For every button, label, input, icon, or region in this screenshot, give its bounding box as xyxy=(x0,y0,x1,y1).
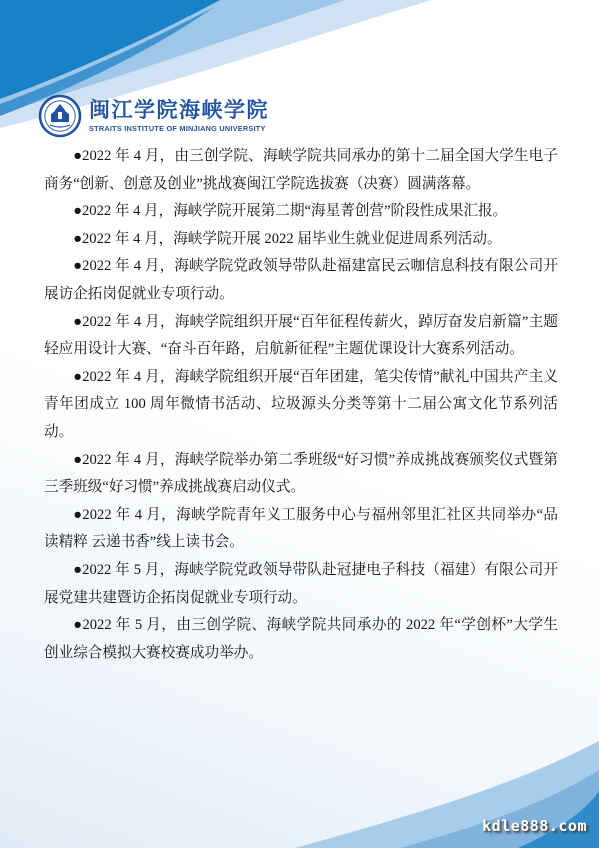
news-item: ●2022 年 4 月，海峡学院开展第二期“海星菁创营”阶段性成果汇报。 xyxy=(44,198,558,226)
news-item: ●2022 年 4 月，海峡学院青年义工服务中心与福州邻里汇社区共同举办“品读精… xyxy=(44,502,558,557)
news-item: ●2022 年 4 月，海峡学院举办第二季班级“好习惯”养成挑战赛颁奖仪式暨第三… xyxy=(44,447,558,502)
news-item: ●2022 年 4 月，海峡学院党政领导带队赴福建富民云咖信息科技有限公司开展访… xyxy=(44,253,558,308)
news-item: ●2022 年 4 月，海峡学院组织开展“百年征程传薪火，踔厉奋发启新篇”主题轻… xyxy=(44,309,558,364)
university-logo: 闽江学院海峡学院 STRAITS INSTITUTE OF MINJIANG U… xyxy=(38,94,269,138)
news-item: ●2022 年 4 月，海峡学院组织开展“百年团建，笔尖传情”献礼中国共产主义青… xyxy=(44,364,558,447)
document-page: 闽江学院海峡学院 STRAITS INSTITUTE OF MINJIANG U… xyxy=(0,0,599,848)
university-name-en: STRAITS INSTITUTE OF MINJIANG UNIVERSITY xyxy=(89,124,269,133)
university-name-cn: 闽江学院海峡学院 xyxy=(89,99,269,122)
news-item: ●2022 年 5 月，由三创学院、海峡学院共同承办的 2022 年“学创杯”大… xyxy=(44,612,558,667)
university-emblem-icon xyxy=(38,94,82,138)
news-list: ●2022 年 4 月，由三创学院、海峡学院共同承办的第十二届全国大学生电子商务… xyxy=(44,143,558,667)
news-item: ●2022 年 4 月，海峡学院开展 2022 届毕业生就业促进周系列活动。 xyxy=(44,226,558,254)
news-item: ●2022 年 4 月，由三创学院、海峡学院共同承办的第十二届全国大学生电子商务… xyxy=(44,143,558,198)
university-logo-text: 闽江学院海峡学院 STRAITS INSTITUTE OF MINJIANG U… xyxy=(89,99,269,133)
watermark: kdle888.com xyxy=(482,817,587,835)
news-item: ●2022 年 5 月，海峡学院党政领导带队赴冠捷电子科技（福建）有限公司开展党… xyxy=(44,557,558,612)
